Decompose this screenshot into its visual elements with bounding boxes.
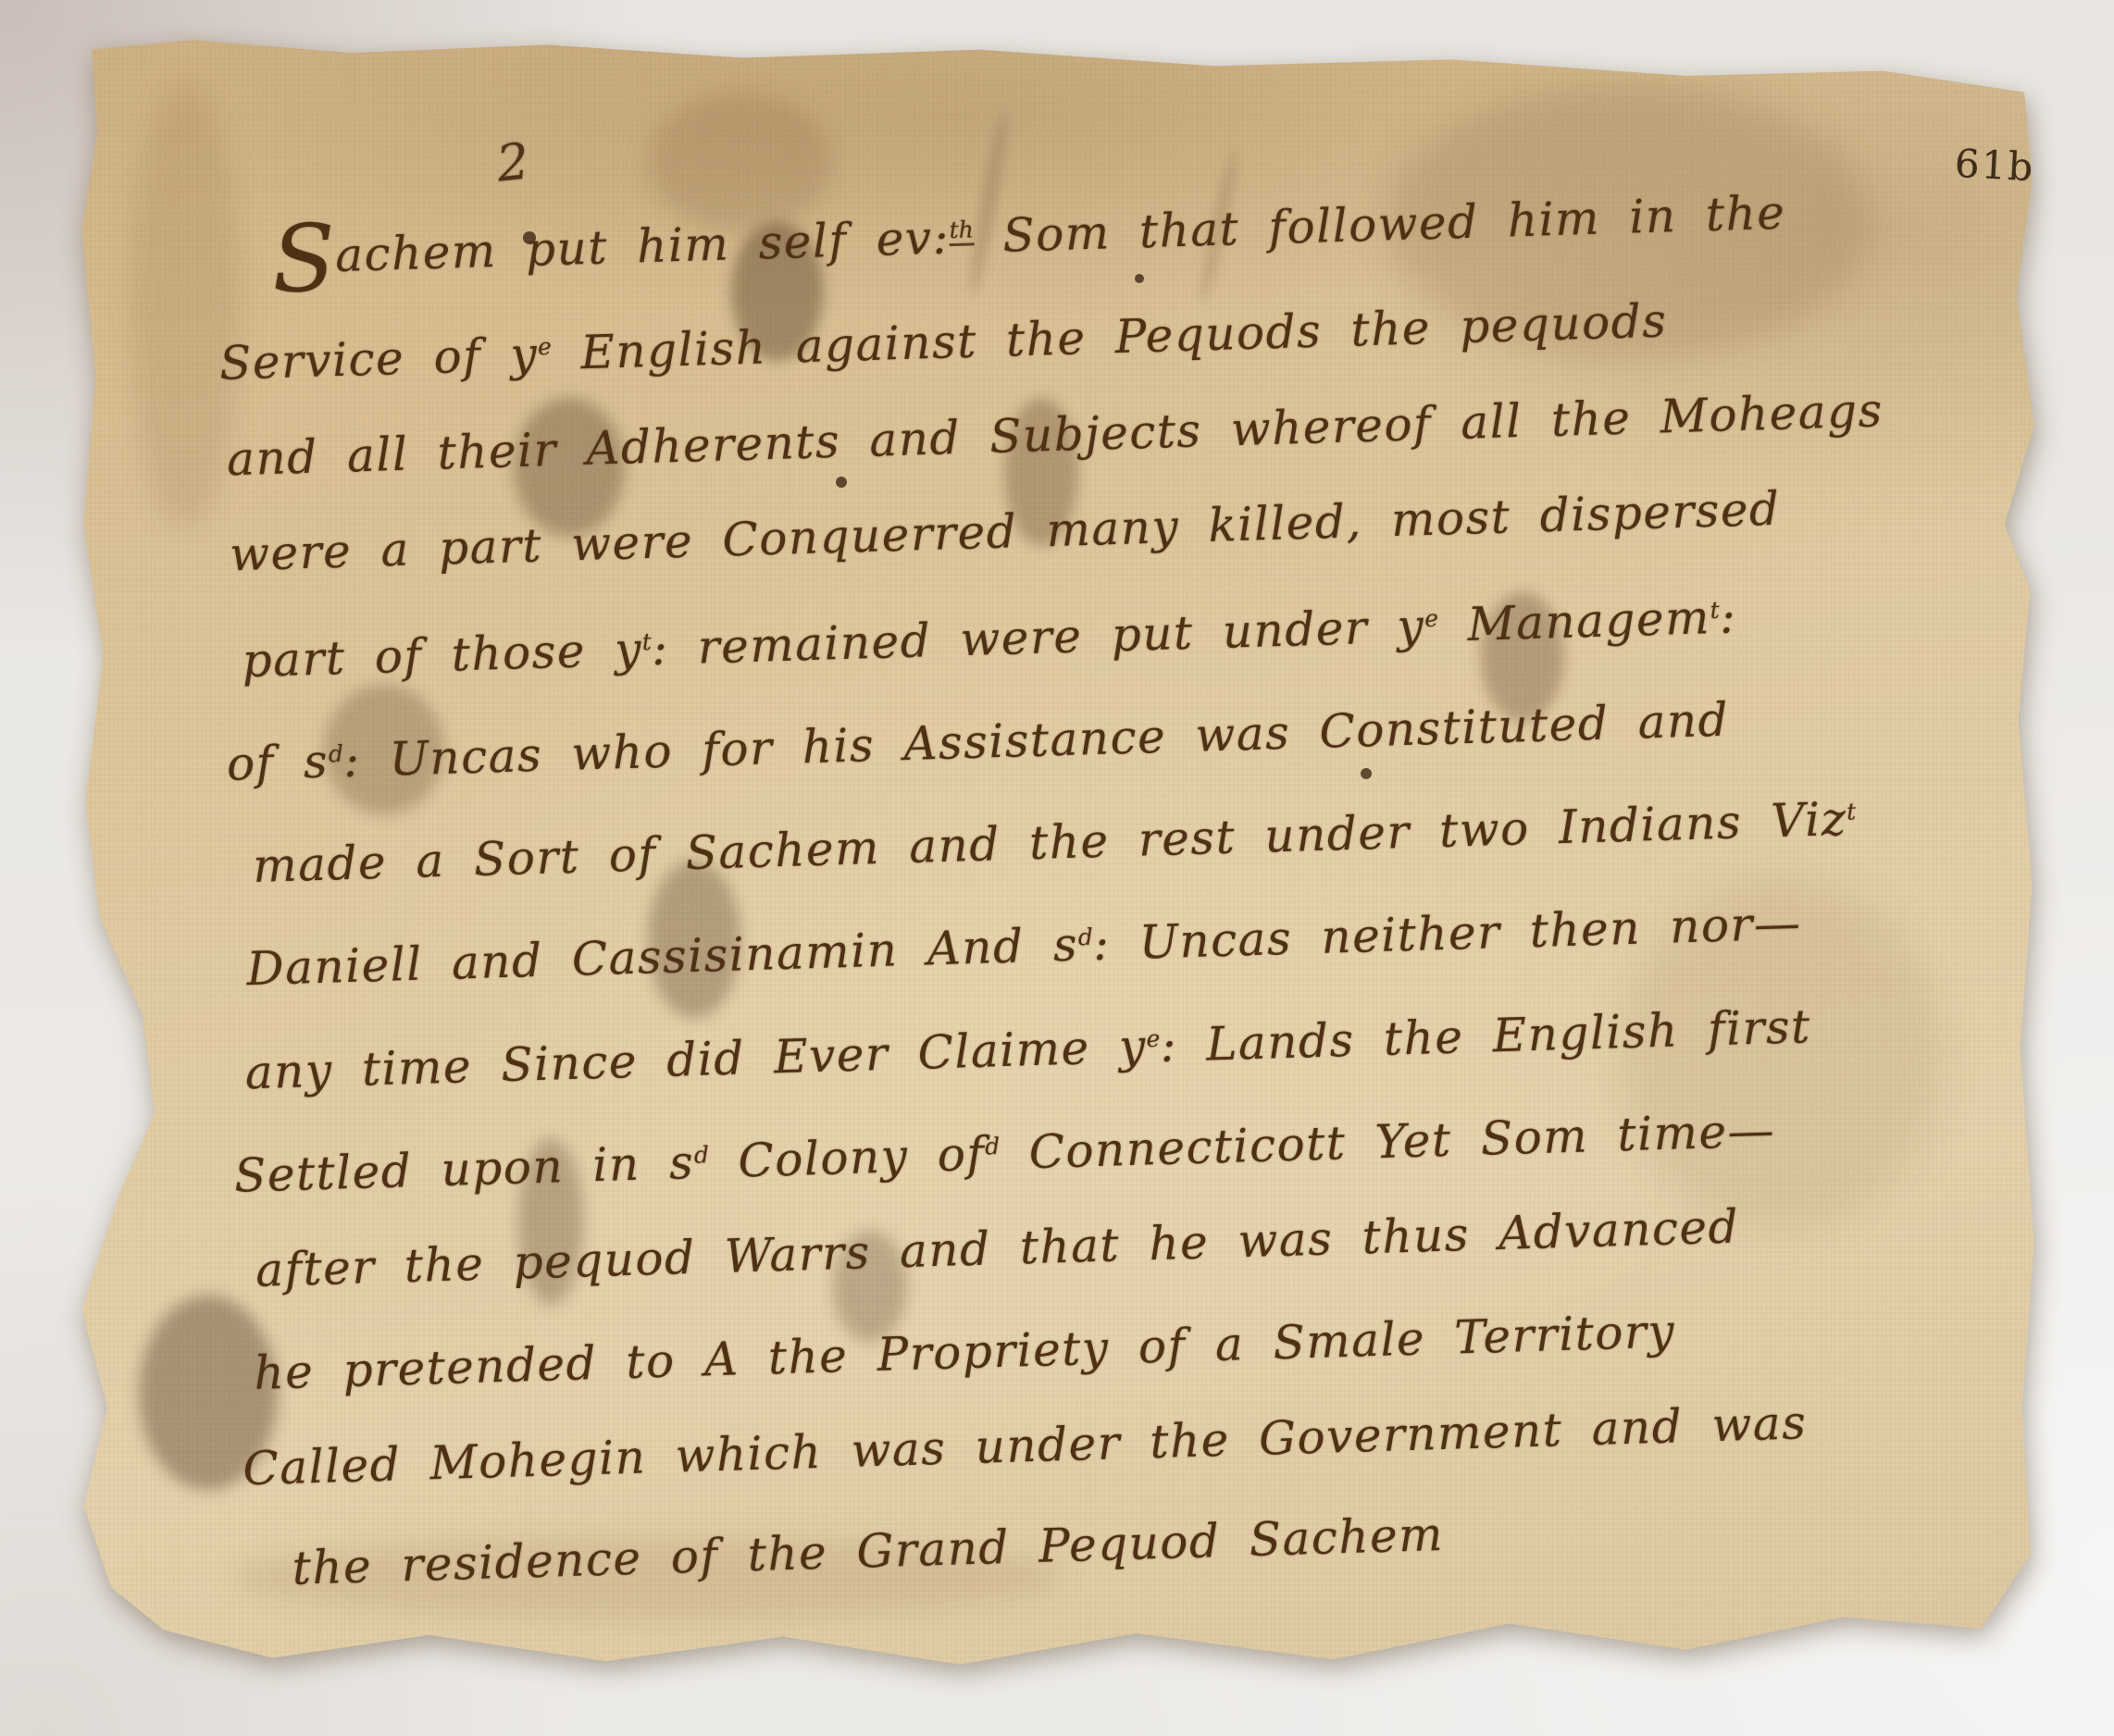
line-text: Connecticott Yet Som time—	[999, 1103, 1775, 1180]
superscript: d	[1077, 924, 1093, 950]
line-text: Daniell and Cassisinamin And s	[246, 918, 1079, 997]
paper-sheet: 61b 2 Sachem put him self ev:th Som that…	[76, 33, 2040, 1669]
superscript: e	[1146, 1024, 1161, 1051]
line-text: Colony of	[708, 1126, 986, 1188]
superscript: t	[1847, 798, 1857, 825]
manuscript-photo: 61b 2 Sachem put him self ev:th Som that…	[0, 0, 2114, 1736]
swash-capital: S	[270, 204, 337, 314]
insertion-mark: 2	[494, 131, 532, 192]
line-text: achem put him self ev:	[334, 210, 950, 282]
line-text: :	[1719, 589, 1737, 644]
line-text: Service of y	[218, 328, 539, 391]
line-text: of s	[226, 734, 330, 790]
line-text: : remained were put under y	[651, 599, 1425, 676]
superscript: th	[949, 216, 974, 246]
line-text: Settled upon in s	[233, 1135, 695, 1203]
line-text: : Uncas neither then nor—	[1092, 897, 1802, 972]
superscript: e	[538, 333, 553, 360]
line-text: Som that followed him in the	[973, 186, 1786, 264]
manuscript-text: Sachem put him self ev:th Som that follo…	[205, 153, 2005, 1618]
line-text: English against the Pequods the pequods	[551, 294, 1668, 381]
superscript: e	[1424, 604, 1439, 631]
line-text: part of those y	[242, 622, 643, 688]
page-number: 61b	[1954, 141, 2036, 190]
superscript: d	[328, 740, 343, 767]
superscript: d	[693, 1141, 709, 1168]
line-text: Managem	[1437, 590, 1711, 652]
line-text: any time Since did Ever Claime y	[244, 1019, 1148, 1099]
line-text: : Lands the English first	[1160, 999, 1812, 1073]
paper-surface: 61b 2 Sachem put him self ev:th Som that…	[76, 33, 2040, 1669]
superscript: d	[985, 1133, 1001, 1159]
line-text: the residence of the Grand Pequod Sachem	[292, 1507, 1445, 1595]
